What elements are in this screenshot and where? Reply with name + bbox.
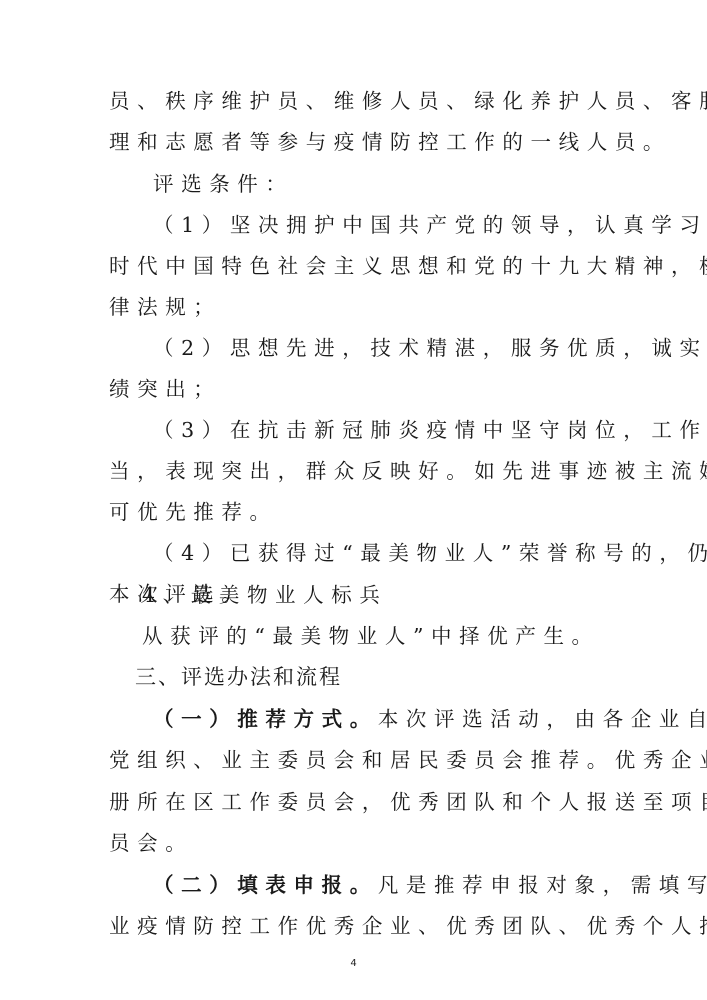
body-line: 律法规； [109, 292, 601, 322]
paragraph-text: 本次评选活动，由各企业自荐申报，社区 [378, 707, 707, 731]
subheading-model-workers: 4、最美物业人标兵 [142, 580, 634, 610]
paragraph-text: 凡是推荐申报对象，需填写《本市物业行 [378, 873, 707, 897]
list-item-4-line: （4）已获得过“最美物业人”荣誉称号的，仍可报名参加 [153, 538, 645, 568]
body-line: 从获评的“最美物业人”中择优产生。 [142, 621, 634, 651]
body-line: 理和志愿者等参与疫情防控工作的一线人员。 [109, 127, 601, 157]
body-line: 员会。 [109, 828, 601, 858]
body-line: 员、秩序维护员、维修人员、绿化养护人员、客服人员、项目经 [109, 86, 601, 116]
body-line: 业疫情防控工作优秀企业、优秀团队、优秀个人推荐申报表》（暨 [109, 911, 601, 941]
section-heading: 三、评选办法和流程 [135, 662, 627, 692]
subsection-label: 评选条件： [153, 169, 645, 199]
body-line: 绩突出； [109, 374, 601, 404]
paragraph-recommend-method: （一）推荐方式。本次评选活动，由各企业自荐申报，社区 [153, 704, 645, 734]
body-line: 党组织、业主委员会和居民委员会推荐。优秀企业报送至公司注 [109, 745, 601, 775]
list-item-2-line: （2）思想先进，技术精湛，服务优质，诚实守信，工作业 [153, 333, 645, 363]
paragraph-fill-form: （二）填表申报。凡是推荐申报对象，需填写《本市物业行 [153, 870, 645, 900]
list-item-1-line: （1）坚决拥护中国共产党的领导，认真学习贯彻习近平新 [153, 210, 645, 240]
page-number: 4 [0, 958, 707, 969]
list-item-3-line: （3）在抗击新冠肺炎疫情中坚守岗位，工作积极，勇于担 [153, 415, 645, 445]
body-line: 当，表现突出，群众反映好。如先进事迹被主流媒体宣传报道的， [109, 456, 601, 486]
bold-lead: （一）推荐方式。 [153, 707, 378, 731]
body-line: 册所在区工作委员会，优秀团队和个人报送至项目所在区工作委 [109, 787, 601, 817]
body-line: 可优先推荐。 [109, 497, 601, 527]
body-line: 时代中国特色社会主义思想和党的十九大精神，模范遵守国家法 [109, 251, 601, 281]
bold-lead: （二）填表申报。 [153, 873, 378, 897]
